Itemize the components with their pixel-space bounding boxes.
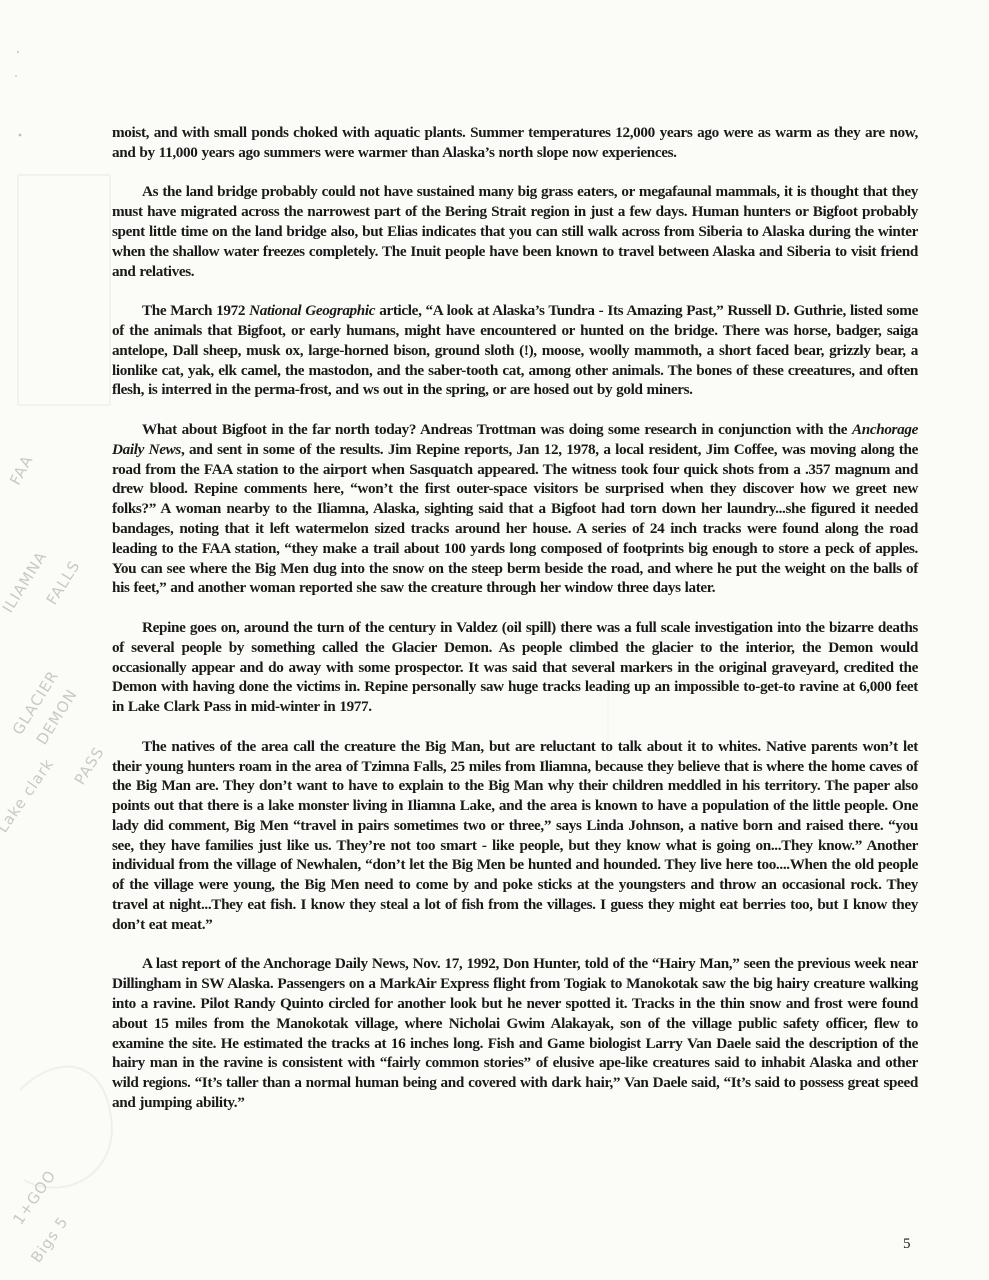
paragraph-text: Repine goes on, around the turn of the c… xyxy=(112,619,918,715)
paragraph-text: , and sent in some of the results. Jim R… xyxy=(112,441,918,597)
margin-note: ILIAMNA xyxy=(0,548,51,616)
paragraph: Repine goes on, around the turn of the c… xyxy=(112,618,918,717)
paragraph: What about Bigfoot in the far north toda… xyxy=(112,420,918,598)
paragraph-text: The natives of the area call the creatur… xyxy=(112,738,918,933)
article-body: moist, and with small ponds choked with … xyxy=(112,123,918,1113)
paragraph: The March 1972 National Geographic artic… xyxy=(112,301,918,400)
paragraph-text: As the land bridge probably could not ha… xyxy=(112,183,918,279)
document-page: FAAILIAMNAFALLSGLACIERDEMONLake clarkPAS… xyxy=(0,0,989,1280)
margin-note: Bigs 5 xyxy=(27,1213,72,1266)
margin-note: FAA xyxy=(6,452,37,488)
margin-note: PASS xyxy=(71,743,108,788)
paragraph-text: A last report of the Anchorage Daily New… xyxy=(112,955,918,1111)
publication-title: National Geographic xyxy=(249,302,375,319)
page-number: 5 xyxy=(903,1236,911,1253)
paragraph: A last report of the Anchorage Daily New… xyxy=(112,954,918,1112)
margin-note: FALLS xyxy=(43,557,84,608)
paragraph: As the land bridge probably could not ha… xyxy=(112,182,918,281)
paragraph-text: What about Bigfoot in the far north toda… xyxy=(142,421,852,438)
paragraph: moist, and with small ponds choked with … xyxy=(112,123,918,163)
margin-note: Lake clark xyxy=(0,755,57,836)
paragraph-text: moist, and with small ponds choked with … xyxy=(112,124,918,161)
paragraph: The natives of the area call the creatur… xyxy=(112,737,918,935)
paragraph-text: The March 1972 xyxy=(142,302,249,319)
